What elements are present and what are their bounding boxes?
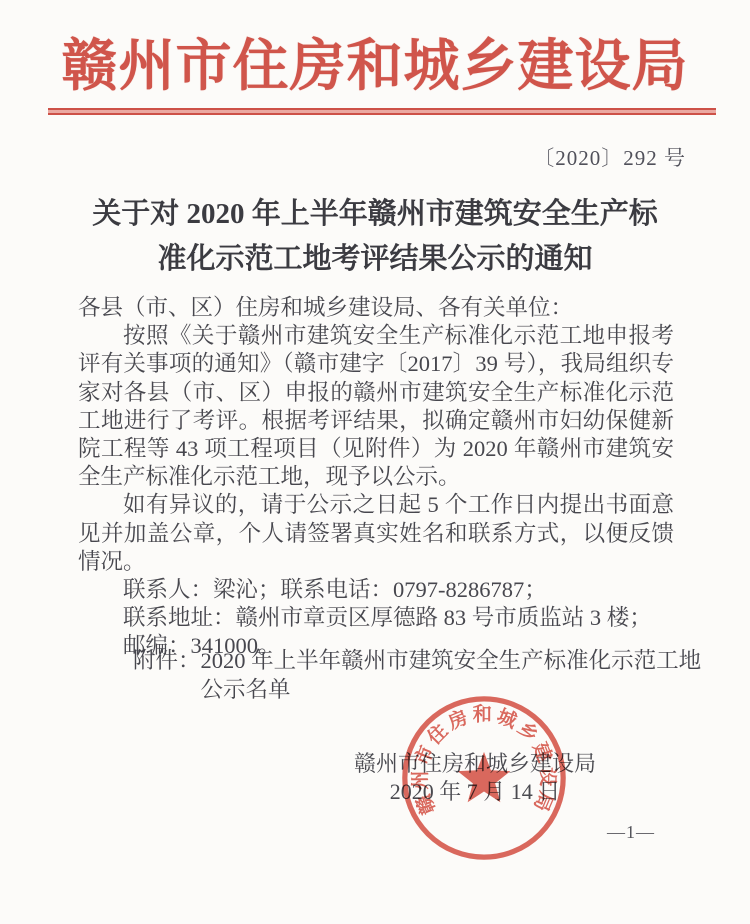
doc-number: 〔2020〕292 号 bbox=[533, 142, 686, 172]
contact-address-line: 联系地址：赣州市章贡区厚德路 83 号市质监站 3 楼； bbox=[78, 604, 674, 632]
document-body: 各县（市、区）住房和城乡建设局、各有关单位： 按照《关于赣州市建筑安全生产标准化… bbox=[78, 294, 674, 661]
signature-date: 2020 年 7 月 14 日 bbox=[320, 778, 630, 806]
attachment-line1: 2020 年上半年赣州市建筑安全生产标准化示范工地 bbox=[201, 648, 702, 673]
paragraph-2: 如有异议的，请于公示之日起 5 个工作日内提出书面意见并加盖公章，个人请签署真实… bbox=[78, 491, 674, 576]
agency-masthead: 赣州市住房和城乡建设局 bbox=[0, 22, 750, 102]
salutation: 各县（市、区）住房和城乡建设局、各有关单位： bbox=[78, 294, 674, 322]
document-title-line2: 准化示范工地考评结果公示的通知 bbox=[157, 243, 592, 275]
document-title-line1: 关于对 2020 年上半年赣州市建筑安全生产标 bbox=[92, 198, 658, 230]
attachment-content: 2020 年上半年赣州市建筑安全生产标准化示范工地 公示名单 bbox=[201, 646, 702, 704]
masthead-divider bbox=[48, 108, 716, 115]
signature-block: 赣州市住房和城乡建设局 2020 年 7 月 14 日 bbox=[320, 750, 630, 806]
attachment-note: 附件： 2020 年上半年赣州市建筑安全生产标准化示范工地 公示名单 bbox=[133, 646, 701, 704]
paragraph-1: 按照《关于赣州市建筑安全生产标准化示范工地申报考评有关事项的通知》（赣市建字〔2… bbox=[78, 322, 674, 491]
page-number: —1— bbox=[596, 822, 666, 843]
attachment-line2: 公示名单 bbox=[201, 677, 291, 702]
contact-person-line: 联系人：梁沁；联系电话：0797-8286787； bbox=[78, 576, 674, 604]
document-page: 赣州市住房和城乡建设局 〔2020〕292 号 关于对 2020 年上半年赣州市… bbox=[0, 0, 750, 924]
signature-agency: 赣州市住房和城乡建设局 bbox=[320, 750, 630, 778]
attachment-label: 附件： bbox=[133, 646, 201, 704]
document-title: 关于对 2020 年上半年赣州市建筑安全生产标 准化示范工地考评结果公示的通知 bbox=[55, 192, 695, 282]
